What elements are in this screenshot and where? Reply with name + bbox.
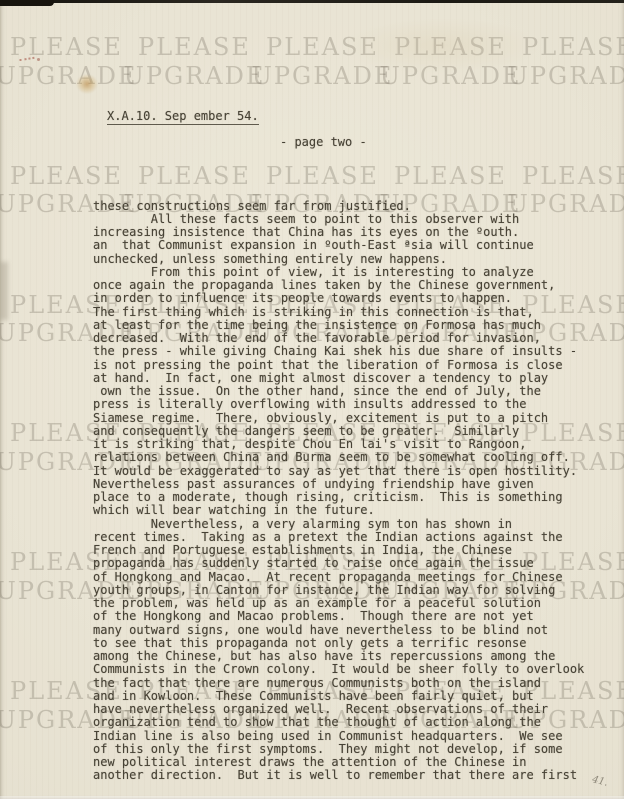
document-line: an that Communist expansion in ºouth-Eas… — [93, 239, 613, 252]
document-line: All these facts seem to point to this ob… — [93, 213, 613, 226]
document-line: is not pressing the point that the liber… — [93, 359, 613, 372]
watermark-word: PLEASE — [394, 164, 507, 188]
doc-reference: X.A.10. Sep ember 54. — [107, 109, 259, 125]
document-line: of this only the first symptoms. They mi… — [93, 743, 613, 756]
document-line: unchecked, unless something entirely new… — [93, 253, 613, 266]
document-line: to see that this propaganda not only get… — [93, 637, 613, 650]
watermark-word: PLEASE — [138, 164, 251, 188]
watermark-word: PLEASE — [266, 164, 379, 188]
document-line: Siamese regime. There, obviously, excite… — [93, 412, 613, 425]
document-body: these constructions seem far from justif… — [93, 200, 613, 783]
document-line: at least for the time being the insisten… — [93, 319, 613, 332]
document-line: of the Hongkong and Macao problems. Thou… — [93, 610, 613, 623]
document-line: It would be exaggerated to say as yet th… — [93, 465, 613, 478]
watermark-word: UPGRADE — [0, 64, 137, 88]
document-line: Communists in the Crown colony. It would… — [93, 663, 613, 676]
document-line: these constructions seem far from justif… — [93, 200, 613, 213]
scan-edge-top — [0, 0, 624, 3]
document-line: at hand. In fact, one might almost disco… — [93, 372, 613, 385]
document-line: recent times. Taking as a pretext the In… — [93, 531, 613, 544]
document-line: press is literally overflowing with insu… — [93, 398, 613, 411]
watermark-word: PLEASE — [138, 35, 251, 59]
document-line: many outward signs, one would have never… — [93, 624, 613, 637]
document-line: another direction. But it is well to rem… — [93, 769, 613, 782]
document-line: in order to influence its people towards… — [93, 292, 613, 305]
document-line: the fact that there are numerous Communi… — [93, 677, 613, 690]
scan-edge-corner — [0, 0, 54, 6]
document-line: and consequently the dangers seem to be … — [93, 425, 613, 438]
document-line: Nevertheless, a very alarming sym ton ha… — [93, 518, 613, 531]
pencil-dot — [37, 58, 40, 61]
document-line: propaganda has suddenly started to raise… — [93, 557, 613, 570]
document-line: of Hongkong and Macao. At recent propaga… — [93, 571, 613, 584]
document-line: The first thing which is striking in thi… — [93, 306, 613, 319]
document-line: relations between China and Burma seem t… — [93, 451, 613, 464]
document-line: From this point of view, it is interesti… — [93, 266, 613, 279]
paper-stain-faint — [340, 18, 540, 73]
document-line: and in Kowloon. These Communists have be… — [93, 690, 613, 703]
paper-stain — [76, 74, 98, 94]
document-line: youth groups, in Canton for instance, th… — [93, 584, 613, 597]
watermark-word: PLEASE — [10, 164, 123, 188]
watermark-word: PLEASE — [522, 164, 624, 188]
watermark-word: UPGRADE — [508, 64, 624, 88]
page-label: - page two - — [280, 135, 367, 149]
document-line: organization tend to show that the thoug… — [93, 716, 613, 729]
document-line: Nevertheless past assurances of undying … — [93, 478, 613, 491]
document-page: PLEASEPLEASEPLEASEPLEASEPLEASEUPGRADEUPG… — [0, 0, 624, 799]
scan-edge-smudge — [0, 262, 8, 320]
document-line: which will bear watching in the future. — [93, 504, 613, 517]
watermark-word: UPGRADE — [124, 64, 266, 88]
document-line: the press - while giving Chaing Kai shek… — [93, 345, 613, 358]
watermark-word: UPGRADE — [252, 64, 394, 88]
document-line: Indian line is also being used in Commun… — [93, 730, 613, 743]
